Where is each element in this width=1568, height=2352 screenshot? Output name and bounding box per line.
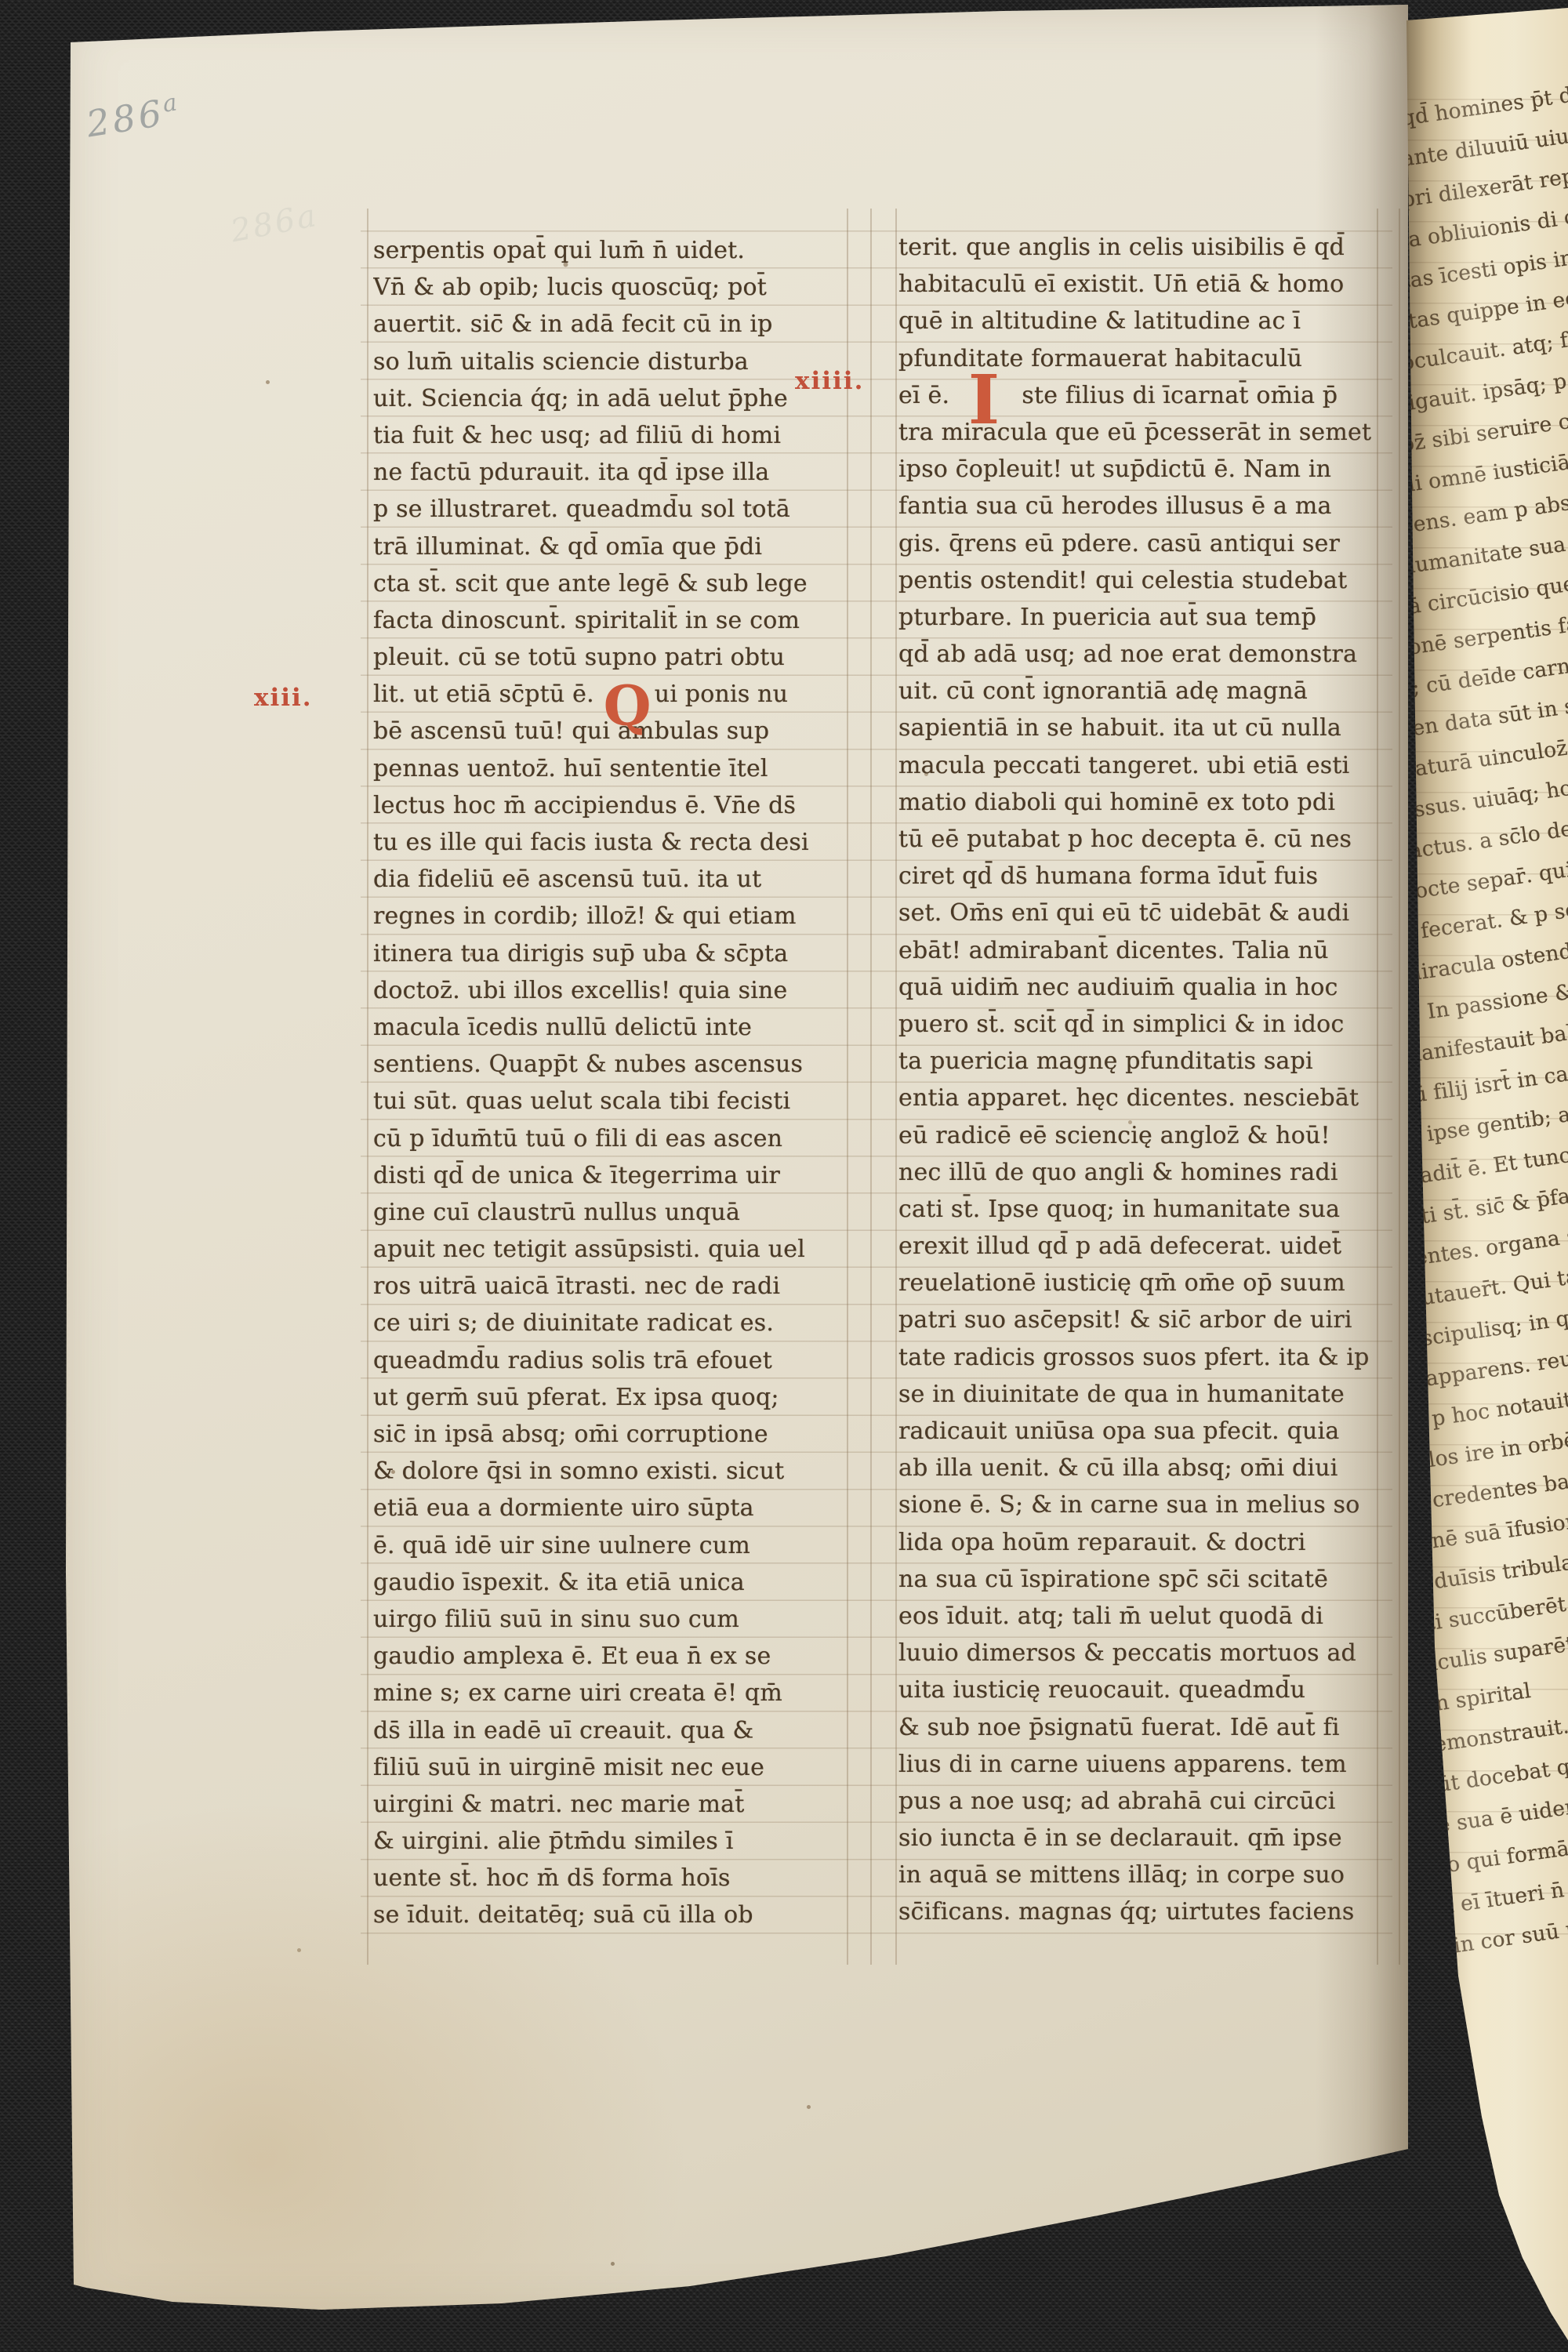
- text-line: tate radicis grossos suos pfert. ita & i…: [898, 1339, 1374, 1376]
- text-line: itinera tua dirigis sup̄ uba & sc̄pta: [373, 935, 844, 972]
- text-line: ds̄ illa in eadē uī creauit. qua &: [373, 1712, 844, 1749]
- text-line: auertit. sic̄ & in adā fecit cū in ip: [373, 306, 844, 343]
- text-line: facta dinoscunt̄. spiritalit̄ in se com: [373, 602, 844, 639]
- text-line: uirgo filiū suū in sinu suo cum: [373, 1601, 844, 1638]
- gutter-shadow: [1316, 5, 1410, 2319]
- text-line: ut germ̄ suū pferat. Ex ipsa quoq;: [373, 1379, 844, 1416]
- text-line: lius di in carne uiuens apparens. tem: [898, 1746, 1374, 1783]
- text-line: serpentis opat̄ qui lum̄ n̄ uidet.: [373, 232, 844, 269]
- text-line: sc̄ificans. magnas q́q; uirtutes faciens: [898, 1893, 1374, 1930]
- text-line: uit. Sciencia q́q; in adā uelut p̄phe: [373, 380, 844, 417]
- text-line: luuio dimersos & peccatis mortuos ad: [898, 1635, 1374, 1671]
- text-line: in aquā se mittens illāq; in corpe suo: [898, 1857, 1374, 1893]
- text-line: na sua cū īspiratione spc̄ sc̄i scitatē: [898, 1561, 1374, 1598]
- text-line: tū eē putabat p hoc decepta ē. cū nes: [898, 821, 1374, 858]
- text-line: sentiens. Quapp̄t & nubes ascensus: [373, 1046, 844, 1083]
- text-line: ce uiri s; de diuinitate radicat es.: [373, 1305, 844, 1341]
- text-line: puero st̄. scit̄ qd̄ in simplici & in id…: [898, 1006, 1374, 1043]
- text-line: sic̄ in ipsā absq; om̄i corruptione: [373, 1416, 844, 1453]
- folio-number-offset-ghost: 286a: [228, 198, 321, 250]
- text-line: uente st̄. hoc m̄ ds̄ forma hoīs: [373, 1860, 844, 1896]
- left-page: 286a 286a xiii. xiiii. serpentis opat̄ q…: [63, 5, 1410, 2319]
- text-line: tui sūt. quas uelut scala tibi fecisti: [373, 1083, 844, 1120]
- text-line: qd̄ ab adā usq; ad noe erat demonstra: [898, 636, 1374, 673]
- text-line: Vn̄ & ab opib; lucis quoscūq; pot̄: [373, 269, 844, 306]
- text-line: etiā eua a dormiente uiro sūpta: [373, 1490, 844, 1526]
- text-column-2: terit. que anglis in celis uisibilis ē q…: [898, 229, 1374, 1946]
- text-line: entia apparet. hęc dicentes. nesciebāt: [898, 1080, 1374, 1116]
- ruling-line-vertical: [847, 209, 848, 1965]
- right-page: qd̄ homines p̄t diluuiūante diluuiū uiue…: [1397, 0, 1568, 2352]
- line-text: lit. ut etiā sc̄ptū ē.: [373, 681, 602, 708]
- text-line: ne factū pdurauit. ita qd̄ ipse illa: [373, 454, 844, 491]
- folio-number: 286: [84, 92, 168, 146]
- text-line: cta st̄. scit que ante legē & sub lege: [373, 565, 844, 602]
- text-line: sapientiā in se habuit. ita ut cū nulla: [898, 710, 1374, 746]
- manuscript-photograph: 286a 286a xiii. xiiii. serpentis opat̄ q…: [0, 0, 1568, 2352]
- text-line: ebāt! admirabant̄ dicentes. Talia nū: [898, 932, 1374, 969]
- line-text: ste filius di īcarnat̄ om̄ia p̄: [1022, 382, 1338, 409]
- ruling-line-vertical: [870, 209, 872, 1965]
- text-line: uit. cū cont̄ ignorantiā adę magnā: [898, 673, 1374, 710]
- parchment-specks: [63, 5, 65, 7]
- text-line: quā uidim̄ nec audiuim̄ qualia in hoc: [898, 969, 1374, 1006]
- text-line: & uirgini. alie p̄tm̄du similes ī: [373, 1823, 844, 1860]
- text-line: habitaculū eī existit. Un̄ etiā & homo: [898, 266, 1374, 303]
- text-line: matio diaboli qui hominē ex toto pdi: [898, 784, 1374, 821]
- chapter-xiii-opening-line: lit. ut etiā sc̄ptū ē. Qui ponis nu: [373, 676, 844, 713]
- text-line: pturbare. In puericia aut̄ sua temp̄: [898, 599, 1374, 636]
- text-line: trā illuminat. & qd̄ omīa que p̄di: [373, 528, 844, 565]
- text-line: radicauit uniūsa opa sua pfecit. quia: [898, 1413, 1374, 1450]
- text-line: lectus hoc m̄ accipiendus ē. Vn̄e ds̄: [373, 787, 844, 824]
- line-text: eī ē.: [898, 382, 957, 409]
- text-line: sione ē. S; & in carne sua in melius so: [898, 1486, 1374, 1523]
- text-line: tia fuit & hec usq; ad filiū di homi: [373, 417, 844, 454]
- text-line: ab illa uenit. & cū illa absq; om̄i diui: [898, 1450, 1374, 1486]
- text-line: se īduit. deitatēq; suā cū illa ob: [373, 1896, 844, 1933]
- text-line: mine s; ex carne uiri creata ē! qm̄: [373, 1675, 844, 1711]
- text-line: ta puericia magnę pfunditatis sapi: [898, 1043, 1374, 1080]
- right-page-curve-shadow: [1397, 0, 1530, 2352]
- text-line: se in diuinitate de qua in humanitate: [898, 1376, 1374, 1413]
- column-2-lower-lines: tra miracula que eū p̄cesserāt in semeti…: [898, 414, 1374, 1931]
- text-line: eos īduit. atq; tali m̄ uelut quodā di: [898, 1598, 1374, 1635]
- text-line: nec illū de quo angli & homines radi: [898, 1154, 1374, 1191]
- text-line: doctoz̄. ubi illos excellis! quia sine: [373, 972, 844, 1009]
- ruling-line-vertical: [895, 209, 897, 1965]
- text-line: reuelationē iusticię qm̄ om̄e op̄ suum: [898, 1265, 1374, 1301]
- text-line: quē in altitudine & latitudine ac ī: [898, 303, 1374, 339]
- text-line: & dolore q̄si in somno existi. sicut: [373, 1453, 844, 1490]
- text-line: ciret qd̄ ds̄ humana forma īdut̄ fuis: [898, 858, 1374, 895]
- text-line: so lum̄ uitalis sciencie disturba: [373, 343, 844, 380]
- text-line: tu es ille qui facis iusta & recta desi: [373, 824, 844, 861]
- text-line: fantia sua cū herodes illusus ē a ma: [898, 488, 1374, 524]
- text-line: uirgini & matri. nec marie mat̄: [373, 1786, 844, 1823]
- text-line: apuit nec tetigit assūpsisti. quia uel: [373, 1231, 844, 1268]
- text-line: gaudio amplexa ē. Et eua n̄ ex se: [373, 1638, 844, 1675]
- rubric-initial-I: I: [968, 361, 1000, 440]
- text-line: pleuit. cū se totū supno patri obtu: [373, 639, 844, 676]
- text-line: pentis ostendit! qui celestia studebat: [898, 562, 1374, 599]
- text-line: uita iusticię reuocauit. queadmd̄u: [898, 1671, 1374, 1708]
- text-line: p se illustraret. queadmd̄u sol totā: [373, 491, 844, 528]
- text-line: dia fideliū eē ascensū tuū. ita ut: [373, 861, 844, 898]
- ruling-line-vertical: [367, 209, 368, 1965]
- text-line: set. Om̄s enī qui eū tc̄ uidebāt & audi: [898, 895, 1374, 931]
- text-line: sio iuncta ē in se declarauit. qm̄ ipse: [898, 1820, 1374, 1857]
- text-line: regnes in cordib; illoz̄! & qui etiam: [373, 898, 844, 935]
- column-1-upper-lines: serpentis opat̄ qui lum̄ n̄ uidet.Vn̄ & …: [373, 232, 844, 676]
- text-line: gis. q̄rens eū pdere. casū antiqui ser: [898, 525, 1374, 562]
- chapter-numeral-xiii: xiii.: [254, 684, 313, 712]
- text-line: cati st̄. Ipse quoq; in humanitate sua: [898, 1191, 1374, 1228]
- column-2-upper-lines: terit. que anglis in celis uisibilis ē q…: [898, 229, 1374, 377]
- text-line: ipso c̄opleuit! ut sup̄dictū ē. Nam in: [898, 451, 1374, 488]
- column-1-lower-lines: bē ascensū tuū! qui ambulas suppennas ue…: [373, 713, 844, 1933]
- text-line: macula īcedis nullū delictū inte: [373, 1009, 844, 1046]
- chapter-xiiii-opening-line: eī ē. Iste filius di īcarnat̄ om̄ia p̄: [898, 377, 1374, 414]
- text-line: filiū suū in uirginē misit nec eue: [373, 1749, 844, 1786]
- text-line: eū radicē eē sciencię angloz̄ & hoū!: [898, 1117, 1374, 1154]
- text-line: erexit illud qd̄ p adā defecerat. uidet̄: [898, 1228, 1374, 1265]
- text-line: disti qd̄ de unica & ītegerrima uir: [373, 1157, 844, 1194]
- text-line: cū p īdum̄tū tuū o fili di eas ascen: [373, 1120, 844, 1157]
- text-line: gine cuī claustrū nullus unquā: [373, 1194, 844, 1231]
- line-text: ui ponis nu: [655, 681, 788, 708]
- text-line: gaudio īspexit. & ita etiā unica: [373, 1564, 844, 1601]
- folio-number-pencil: 286a: [83, 89, 184, 146]
- text-line: queadmd̄u radius solis trā efouet: [373, 1342, 844, 1379]
- text-line: terit. que anglis in celis uisibilis ē q…: [898, 229, 1374, 266]
- text-line: pus a noe usq; ad abrahā cui circūci: [898, 1783, 1374, 1820]
- text-line: ros uitrā uaicā ītrasti. nec de radi: [373, 1268, 844, 1305]
- text-column-1: serpentis opat̄ qui lum̄ n̄ uidet.Vn̄ & …: [373, 232, 844, 1945]
- text-line: ē. quā idē uir sine uulnere cum: [373, 1527, 844, 1564]
- text-line: macula peccati tangeret. ubi etiā esti: [898, 747, 1374, 784]
- text-line: & sub noe p̄signatū fuerat. Idē aut̄ fi: [898, 1709, 1374, 1746]
- text-line: pennas uentoz̄. huī sententie ītel: [373, 750, 844, 787]
- text-line: patri suo asc̄epsit! & sic̄ arbor de uir…: [898, 1301, 1374, 1338]
- rubric-initial-Q: Q: [604, 673, 652, 739]
- text-line: lida opa hoūm reparauit. & doctri: [898, 1524, 1374, 1561]
- folio-suffix: a: [161, 89, 182, 118]
